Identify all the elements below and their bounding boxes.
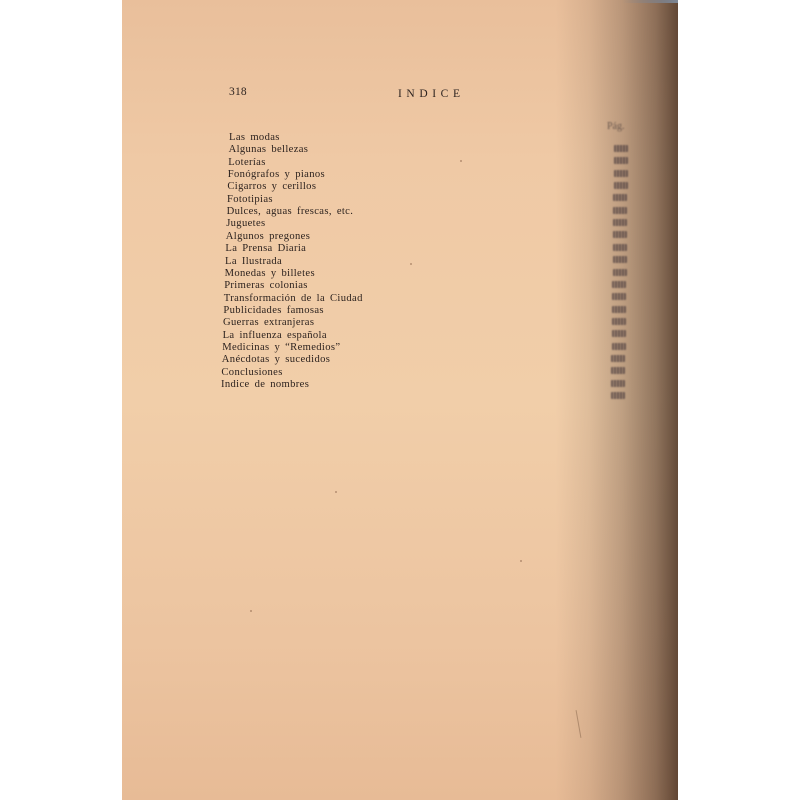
- toc-entry: Loterías: [228, 157, 266, 169]
- toc-entry: Cigarros y cerillos: [227, 181, 316, 193]
- toc-page-number-illegible: [614, 182, 628, 189]
- toc-entry: Publicidades famosas: [223, 305, 324, 317]
- toc-page-number-illegible: [611, 355, 625, 362]
- toc-page-number-illegible: [613, 219, 627, 226]
- toc-entry: Dulces, aguas frescas, etc.: [227, 206, 354, 218]
- toc-page-number-illegible: [613, 269, 627, 276]
- toc-entry: Fototipias: [227, 194, 273, 206]
- toc-page-number-illegible: [613, 231, 627, 238]
- toc-page-number-illegible: [613, 244, 627, 251]
- toc-entry: Medicinas y “Remedios”: [222, 342, 340, 354]
- toc-page-number-illegible: [611, 392, 625, 399]
- toc-entry: Guerras extranjeras: [223, 317, 314, 329]
- toc-entry: Juguetes: [226, 218, 265, 230]
- toc-entry: Conclusiones: [221, 367, 282, 379]
- toc-page-number-illegible: [613, 207, 627, 214]
- toc-page-number-illegible: [612, 281, 626, 288]
- toc-page-number-illegible: [613, 256, 627, 263]
- toc-page-number-illegible: [614, 170, 628, 177]
- toc-entry: Algunos pregones: [226, 231, 310, 243]
- toc-entry: Las modas: [229, 132, 280, 144]
- toc-page-number-illegible: [612, 293, 626, 300]
- toc-entry: La Ilustrada: [225, 256, 282, 268]
- toc-page-number-illegible: [614, 145, 628, 152]
- toc-entry: La influenza española: [223, 330, 327, 342]
- table-of-contents: Las modasAlgunas bellezasLoteríasFonógra…: [0, 0, 800, 800]
- toc-page-number-illegible: [612, 318, 626, 325]
- toc-entry: Monedas y billetes: [225, 268, 315, 280]
- toc-page-number-illegible: [612, 343, 626, 350]
- toc-entry: Indice de nombres: [221, 379, 309, 391]
- toc-page-number-illegible: [614, 157, 628, 164]
- toc-entry: Fonógrafos y pianos: [228, 169, 325, 181]
- toc-page-number-illegible: [611, 367, 625, 374]
- toc-entry: La Prensa Diaria: [225, 243, 306, 255]
- toc-page-number-illegible: [611, 380, 625, 387]
- toc-entry: Algunas bellezas: [229, 144, 309, 156]
- toc-page-number-illegible: [612, 330, 626, 337]
- toc-page-number-illegible: [612, 306, 626, 313]
- toc-entry: Anécdotas y sucedidos: [222, 354, 330, 366]
- toc-entry: Primeras colonias: [224, 280, 308, 292]
- toc-entry: Transformación de la Ciudad: [224, 293, 363, 305]
- toc-page-number-illegible: [613, 194, 627, 201]
